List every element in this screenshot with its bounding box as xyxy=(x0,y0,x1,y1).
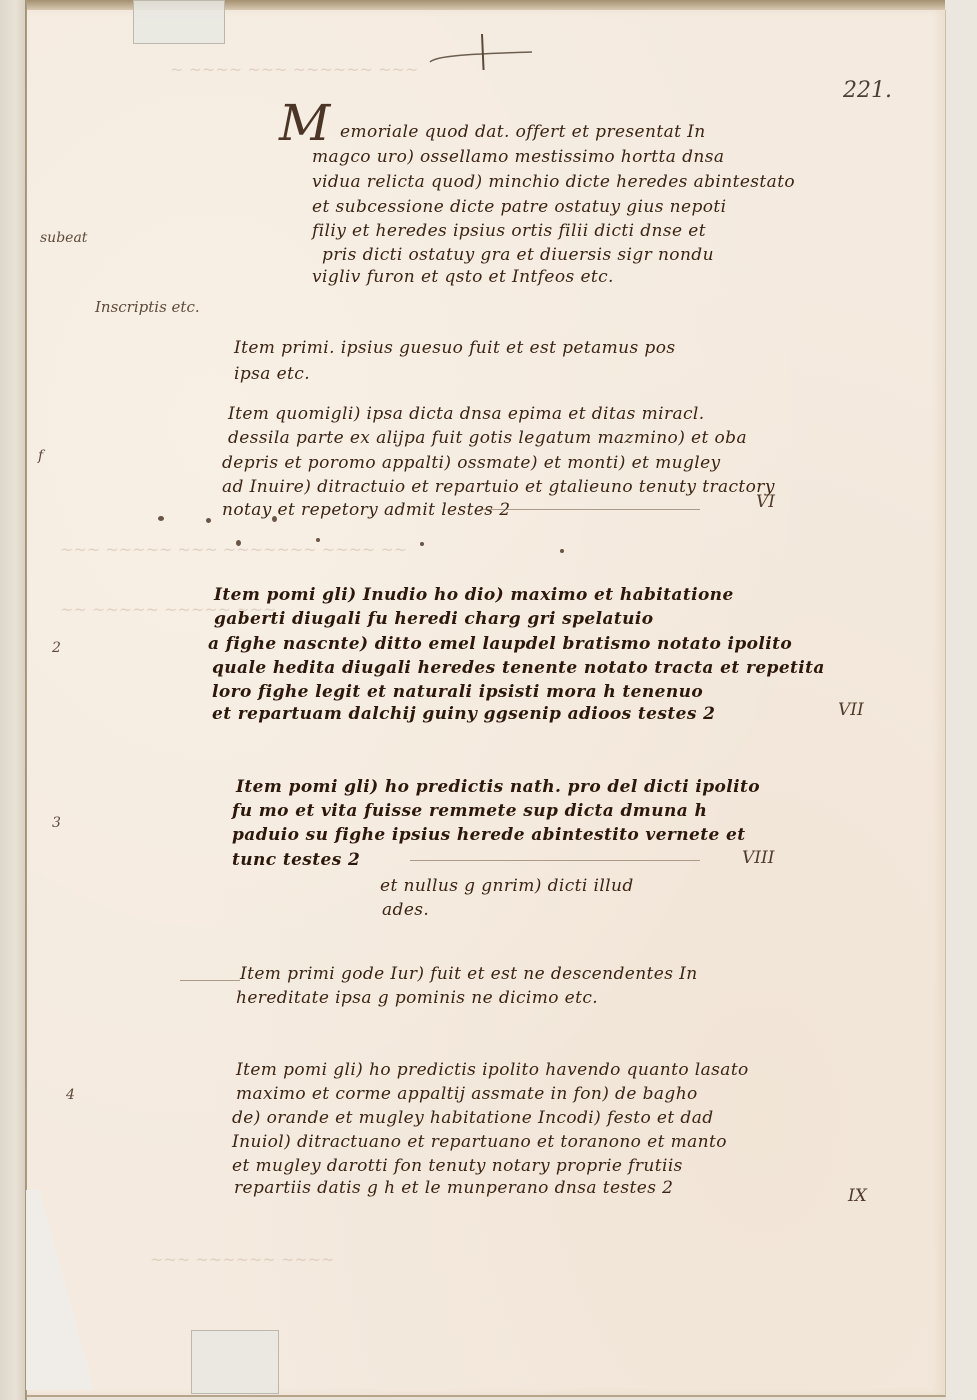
article-line: dessila parte ex alijpa fuit gotis legat… xyxy=(228,426,747,450)
article-line: Item primi. ipsius guesuo fuit et est pe… xyxy=(234,336,675,360)
bleed-through-text: ~~~ ~~~~~ ~~~ ~~~~~~~ ~~~~ ~~ xyxy=(60,540,407,559)
margin-note-inscriptis: Inscriptis etc. xyxy=(95,298,200,316)
article-line: Item primi gode Iur) fuit et est ne desc… xyxy=(240,962,698,986)
memorial-line: vigliv furon et qsto et Intfeos etc. xyxy=(312,265,614,289)
article-line: depris et poromo appalti) ossmate) et mo… xyxy=(222,451,721,475)
ink-blot xyxy=(420,542,424,546)
article-line: Item pomi gli) Inudio ho dio) maximo et … xyxy=(214,583,734,607)
memorial-line: emoriale quod dat. offert et presentat I… xyxy=(340,120,706,144)
line-filler-stroke xyxy=(410,860,700,861)
article-line: ipsa etc. xyxy=(234,362,310,386)
witness-tally-mark: VIII xyxy=(742,848,774,868)
article-line: de) orande et mugley habitatione Incodi)… xyxy=(232,1106,714,1130)
header-cross-mark xyxy=(426,30,536,70)
article-line: maximo et corme appaltij assmate in fon)… xyxy=(236,1082,698,1106)
article-line: notay et repetory admit lestes 2 xyxy=(222,498,510,522)
memorial-line: pris dicti ostatuy gra et diuersis sigr … xyxy=(322,243,714,267)
witness-tally-mark: IX xyxy=(848,1186,867,1206)
margin-number-1: f xyxy=(38,448,43,464)
article-line: loro fighe legit et naturali ipsisti mor… xyxy=(212,680,703,704)
line-filler-stroke xyxy=(180,980,240,981)
margin-number-2: 2 xyxy=(52,640,61,656)
article-line: hereditate ipsa g pominis ne dicimo etc. xyxy=(236,986,598,1010)
ink-blot xyxy=(236,540,241,546)
article-subline: et nullus g gnrim) dicti illud xyxy=(380,874,634,898)
conservation-tab-top xyxy=(133,0,225,44)
article-line: fu mo et vita fuisse remmete sup dicta d… xyxy=(232,799,707,823)
bleed-through-text: ~~~ ~~~~~~ ~~~~ xyxy=(150,1250,334,1269)
conservation-tab-bottom xyxy=(191,1330,279,1394)
article-line: Item pomi gli) ho predictis nath. pro de… xyxy=(236,775,760,799)
memorial-line: et subcessione dicte patre ostatuy gius … xyxy=(312,195,726,219)
margin-note-subeat: subeat xyxy=(40,230,87,246)
article-line: Inuiol) ditractuano et repartuano et tor… xyxy=(232,1130,727,1154)
article-line: Item pomi gli) ho predictis ipolito have… xyxy=(236,1058,749,1082)
article-line: et mugley darotti fon tenuty notary prop… xyxy=(232,1154,683,1178)
margin-number-3: 3 xyxy=(52,815,61,831)
margin-number-4: 4 xyxy=(66,1087,75,1103)
folio-number: 221. xyxy=(843,78,892,103)
ink-blot xyxy=(158,516,164,521)
ink-blot xyxy=(272,516,277,522)
memorial-line: magco uro) ossellamo mestissimo hortta d… xyxy=(312,145,724,169)
background-beyond-page xyxy=(945,0,977,1400)
book-gutter xyxy=(0,0,26,1400)
article-line: quale hedita diugali heredes tenente not… xyxy=(212,656,825,680)
memorial-line: filiy et heredes ipsius ortis filii dict… xyxy=(312,219,706,243)
article-line: gaberti diugali fu heredi charg gri spel… xyxy=(214,607,654,631)
witness-tally-mark: VII xyxy=(838,700,864,720)
bleed-through-text: ~ ~~~~ ~~~ ~~~~~~ ~~~ xyxy=(170,60,418,79)
ink-blot xyxy=(560,549,564,553)
article-line: paduio su fighe ipsius herede abintestit… xyxy=(232,823,746,847)
article-line: et repartuam dalchij guiny ggsenip adioo… xyxy=(212,702,715,726)
article-line: tunc testes 2 xyxy=(232,848,360,872)
ink-blot xyxy=(316,538,320,542)
article-line: repartiis datis g h et le munperano dnsa… xyxy=(234,1176,673,1200)
line-filler-stroke xyxy=(480,509,700,510)
witness-tally-mark: VI xyxy=(756,492,775,512)
memorial-initial: M xyxy=(279,98,330,148)
ink-blot xyxy=(206,518,211,523)
article-line: ad Inuire) ditractuio et repartuio et gt… xyxy=(222,475,775,499)
memorial-line: vidua relicta quod) minchio dicte herede… xyxy=(312,170,795,194)
article-subline: ades. xyxy=(382,898,429,922)
article-line: a fighe nascnte) ditto emel laupdel brat… xyxy=(208,632,792,656)
article-line: Item quomigli) ipsa dicta dnsa epima et … xyxy=(228,402,705,426)
